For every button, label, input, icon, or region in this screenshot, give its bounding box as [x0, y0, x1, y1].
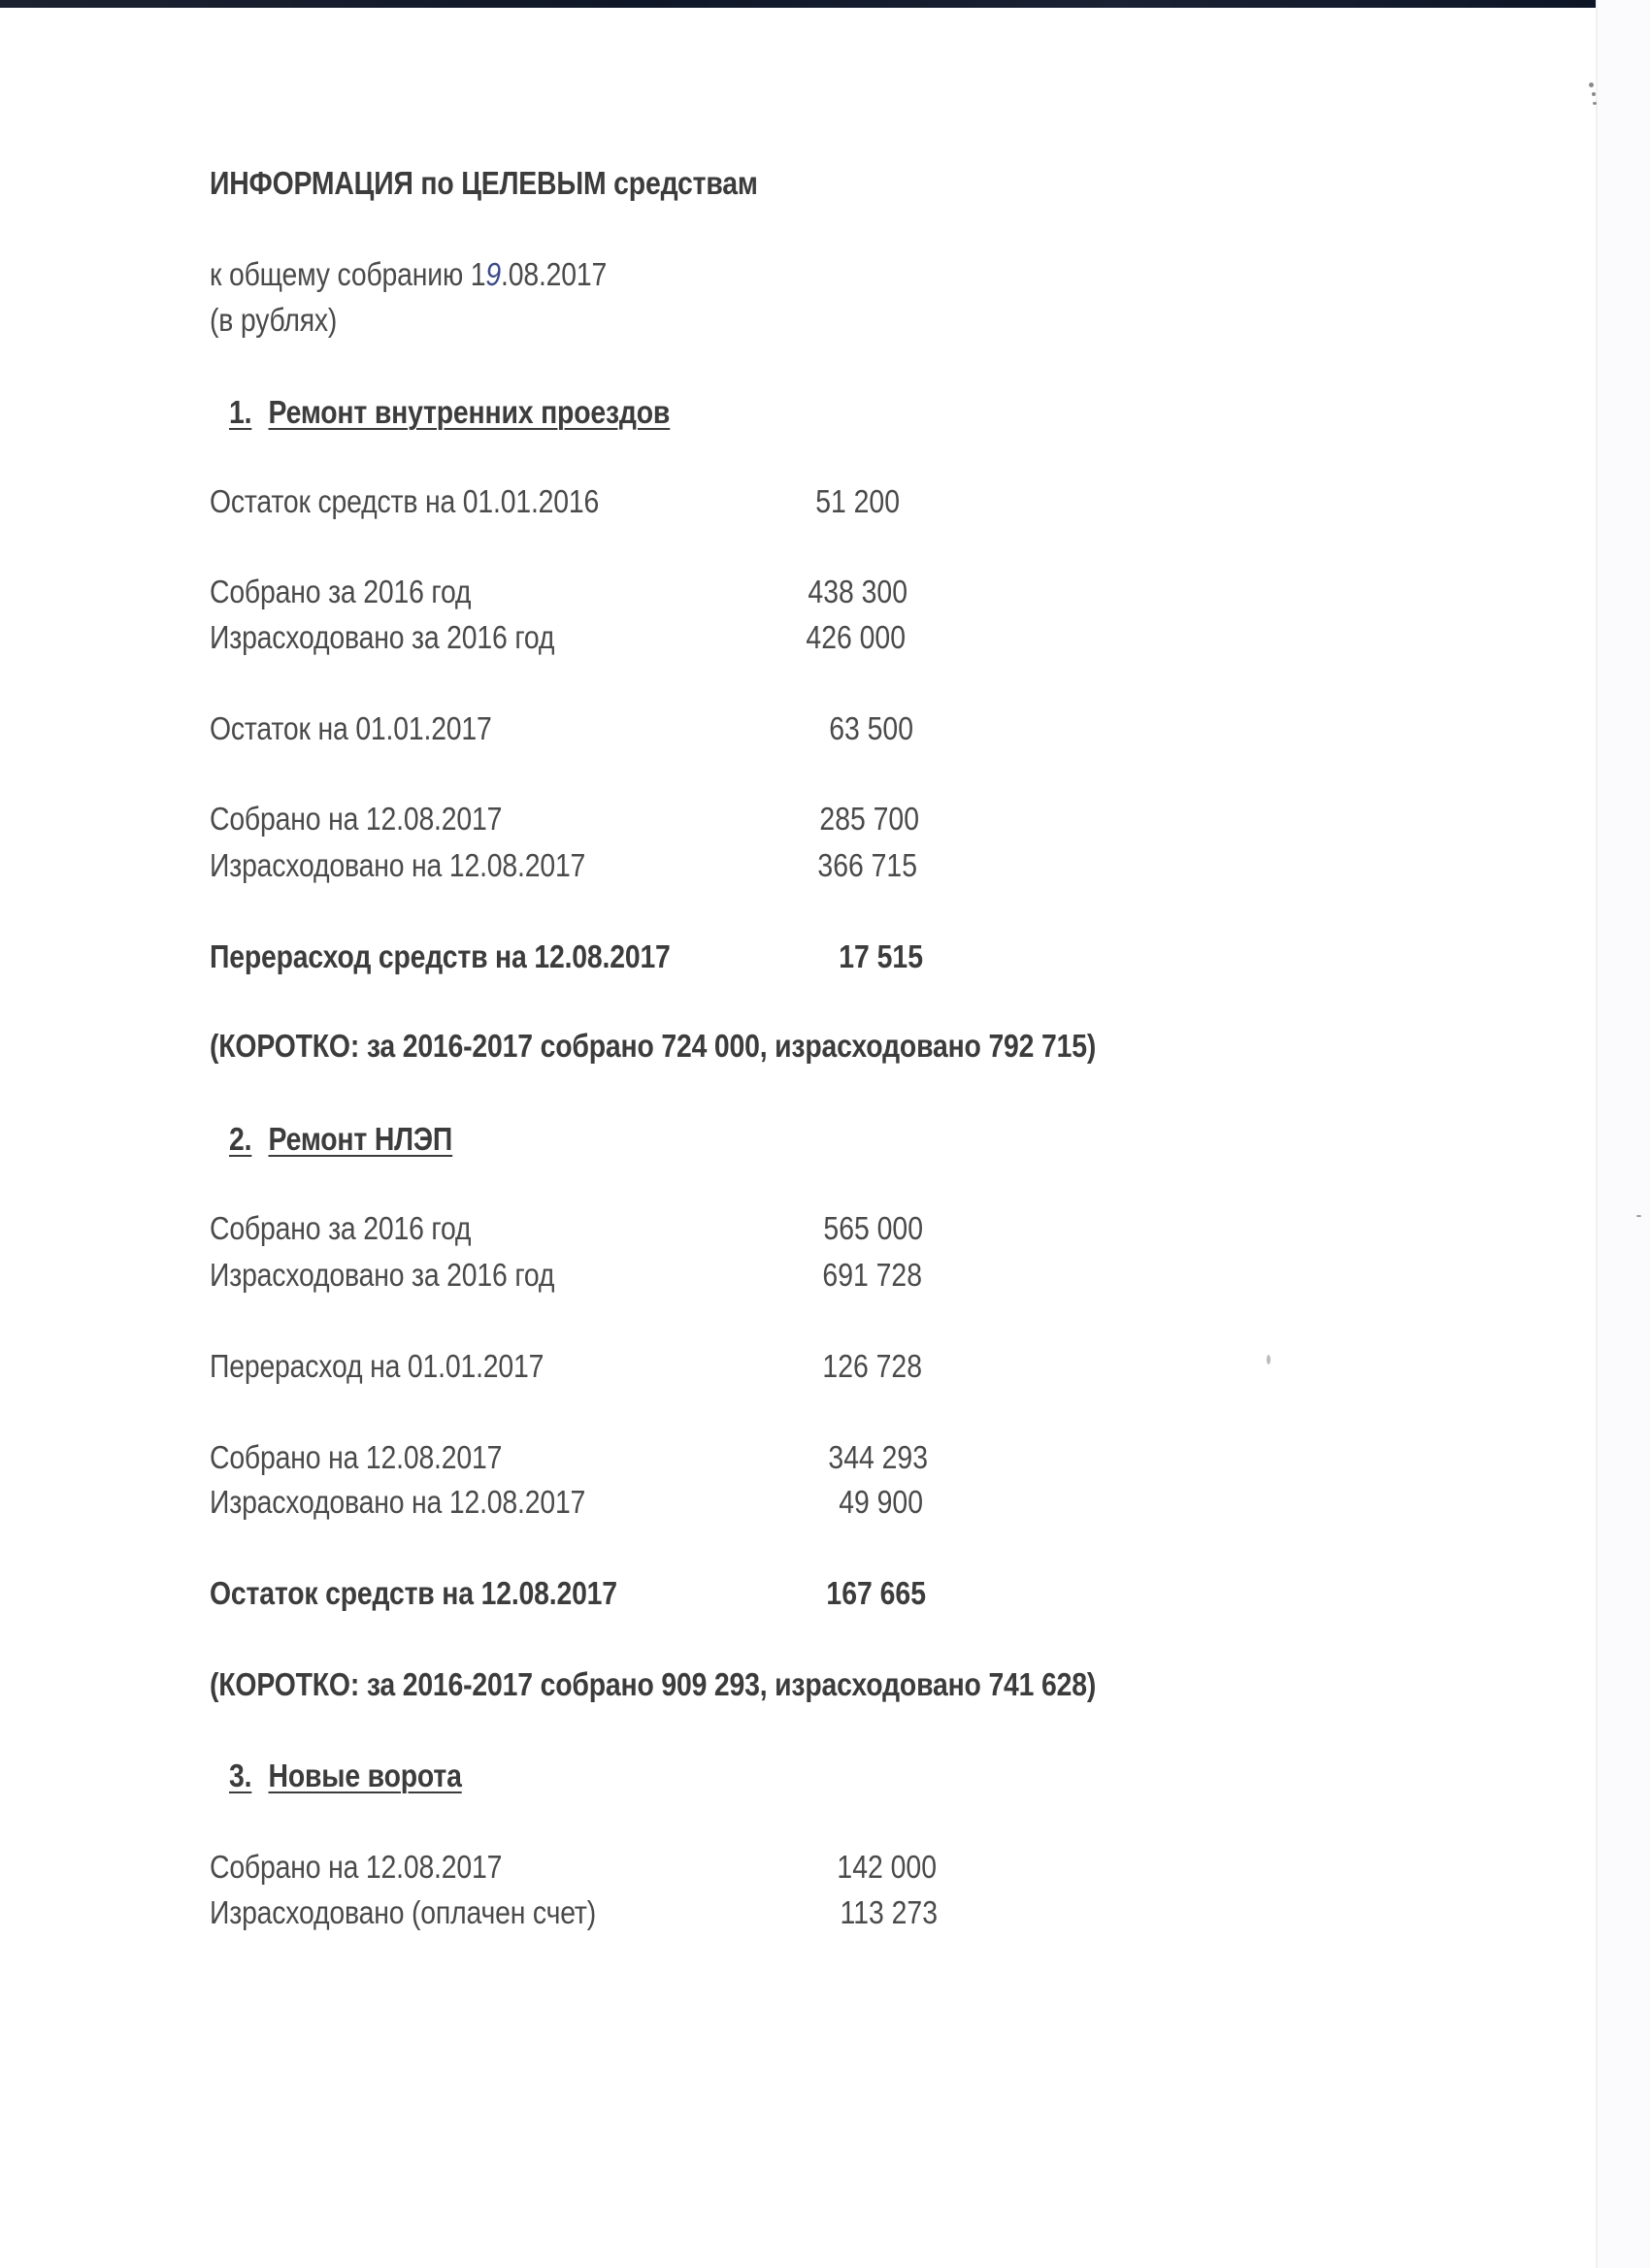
- section-2-summary: (КОРОТКО: за 2016-2017 собрано 909 293, …: [210, 1665, 1096, 1704]
- row-value: 51 200: [733, 482, 900, 521]
- section-number: 3.: [229, 1758, 251, 1793]
- row-label: Израсходовано за 2016 год: [210, 618, 554, 657]
- row-value-total: 167 665: [759, 1574, 926, 1613]
- row-value: 142 000: [770, 1848, 937, 1887]
- section-title: Ремонт НЛЭП: [269, 1121, 453, 1157]
- section-title: Ремонт внутренних проездов: [269, 394, 671, 430]
- row-value: 344 293: [761, 1438, 928, 1477]
- row-label: Перерасход на 01.01.2017: [210, 1347, 544, 1386]
- row-value-total: 17 515: [756, 937, 923, 976]
- row-label: Собрано на 12.08.2017: [210, 1848, 502, 1887]
- section-number: 1.: [229, 394, 251, 430]
- scan-speck: [1593, 102, 1597, 105]
- units-note: (в рублях): [210, 301, 337, 340]
- section-2-heading: 2.Ремонт НЛЭП: [229, 1120, 452, 1159]
- scan-speck: [1592, 92, 1596, 96]
- row-label-total: Перерасход средств на 12.08.2017: [210, 937, 671, 976]
- row-value: 366 715: [750, 846, 917, 885]
- handwritten-digit: 9: [485, 256, 501, 292]
- scan-speck: [1267, 1355, 1270, 1364]
- row-value: 438 300: [741, 573, 907, 611]
- row-label: Израсходовано (оплачен счет): [210, 1893, 596, 1932]
- row-label-total: Остаток средств на 12.08.2017: [210, 1574, 617, 1613]
- row-label: Израсходовано за 2016 год: [210, 1256, 554, 1295]
- row-value: 126 728: [755, 1347, 922, 1386]
- row-label: Остаток на 01.01.2017: [210, 709, 492, 748]
- row-value: 691 728: [755, 1256, 922, 1295]
- row-label: Израсходовано на 12.08.2017: [210, 1483, 585, 1522]
- document-title: ИНФОРМАЦИЯ по ЦЕЛЕВЫМ средствам: [210, 164, 758, 203]
- row-label: Остаток средств на 01.01.2016: [210, 482, 599, 521]
- scan-speck: [1636, 1215, 1641, 1217]
- meeting-date-prefix: к общему собранию 1: [210, 256, 485, 292]
- scan-speck: [1589, 82, 1594, 87]
- section-1-summary: (КОРОТКО: за 2016-2017 собрано 724 000, …: [210, 1027, 1096, 1066]
- section-title: Новые ворота: [269, 1758, 462, 1793]
- meeting-date-suffix: .08.2017: [501, 256, 607, 292]
- scan-top-border: [0, 0, 1600, 8]
- row-label: Собрано за 2016 год: [210, 573, 471, 611]
- meeting-date-line: к общему собранию 19.08.2017: [210, 255, 607, 294]
- section-number: 2.: [229, 1121, 251, 1157]
- row-label: Собрано на 12.08.2017: [210, 1438, 502, 1477]
- row-value: 565 000: [756, 1209, 923, 1248]
- section-1-heading: 1.Ремонт внутренних проездов: [229, 393, 670, 432]
- row-label: Собрано на 12.08.2017: [210, 800, 502, 838]
- row-value: 49 900: [756, 1483, 923, 1522]
- row-value: 63 500: [746, 709, 913, 748]
- scan-margin: [1598, 0, 1650, 2268]
- row-label: Собрано за 2016 год: [210, 1209, 471, 1248]
- row-value: 113 273: [771, 1893, 938, 1932]
- section-3-heading: 3.Новые ворота: [229, 1757, 462, 1795]
- row-value: 285 700: [752, 800, 919, 838]
- row-label: Израсходовано на 12.08.2017: [210, 846, 585, 885]
- row-value: 426 000: [739, 618, 906, 657]
